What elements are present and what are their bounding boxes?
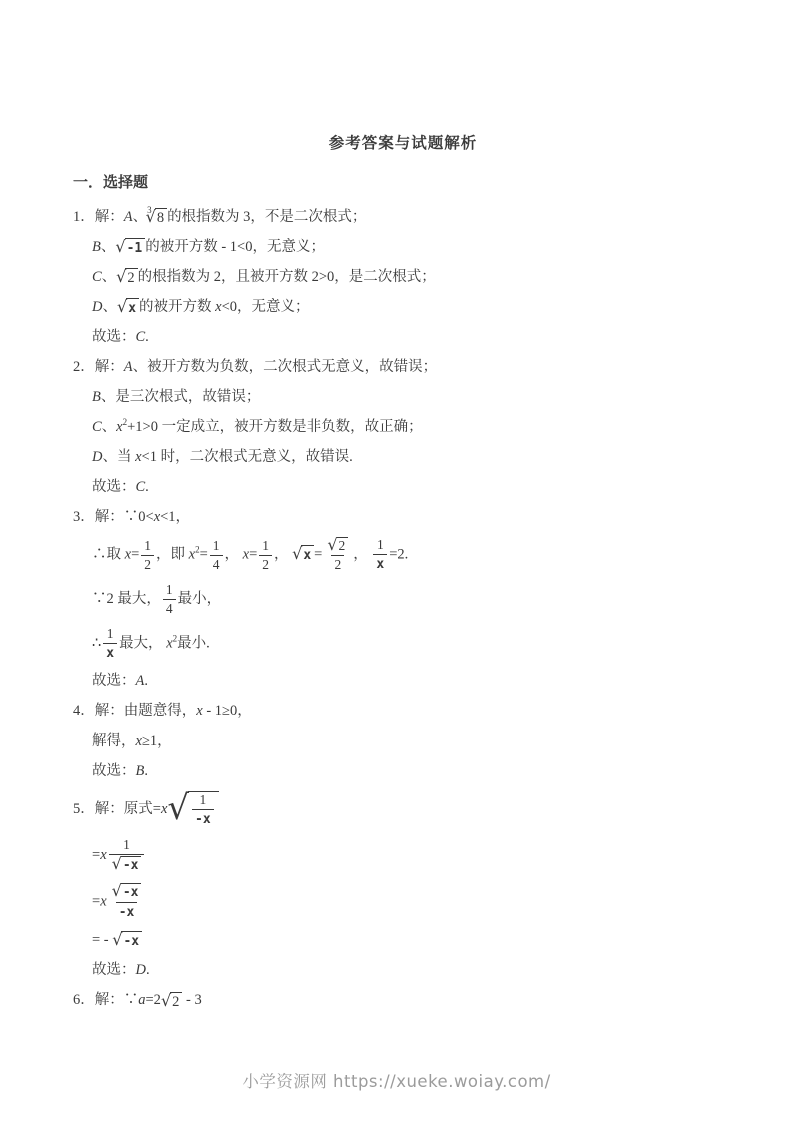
text-run: 3．解：∵0<: [73, 509, 154, 525]
text-run: - 1≥0，: [203, 703, 252, 719]
solution-line: 5．解：原式=x√1-x: [73, 791, 733, 828]
text-run: =2: [146, 992, 161, 1008]
solution-line: = - √-x: [73, 930, 733, 951]
text-run: 1: [123, 837, 130, 852]
text-run: 1．解：: [73, 209, 124, 225]
text-run: 、: [102, 299, 117, 315]
solution-line: 故选：C.: [73, 327, 733, 348]
radical: √1-x: [167, 791, 218, 828]
document-body: 参考答案与试题解析 一．选择题 1．解：A、3√8的根指数为 3，不是二次根式；…: [73, 131, 733, 1020]
text-run: 故选：: [92, 329, 136, 345]
text-run: 最小，: [178, 591, 222, 607]
math-variable: C: [136, 479, 146, 495]
text-run: =: [92, 847, 100, 863]
fraction: 1-x: [192, 792, 214, 828]
text-run: 、是三次根式，故错误；: [101, 389, 261, 405]
text-run: 1: [200, 792, 207, 807]
math-variable: D: [92, 299, 102, 315]
text-run: .: [145, 479, 149, 495]
solution-line: ∴取 x=12，即 x2=14， x=12， √x=√22， 1x=2.: [73, 537, 733, 573]
text-run: 2: [262, 557, 269, 572]
text-run: x: [106, 646, 114, 661]
math-variable: x: [100, 894, 106, 910]
radical: √2: [116, 268, 137, 287]
text-run: <1 时，二次根式无意义，故错误.: [142, 449, 353, 465]
math-variable: D: [92, 449, 102, 465]
radical: √-x: [112, 931, 142, 951]
page-title: 参考答案与试题解析: [73, 131, 733, 153]
solution-line: 故选：D.: [73, 960, 733, 981]
solution-line: 3．解：∵0<x<1，: [73, 507, 733, 528]
solution-line: 4．解：由题意得，x - 1≥0，: [73, 701, 733, 722]
text-run: 2．解：: [73, 359, 124, 375]
fraction: 1x: [373, 537, 387, 573]
solution-line: 故选：C.: [73, 477, 733, 498]
text-run: =: [249, 547, 257, 563]
text-run: ∴取: [92, 547, 125, 563]
text-run: 故选：: [92, 962, 136, 978]
text-run: 故选：: [92, 763, 136, 779]
solution-line: B、√-1的被开方数 - 1<0，无意义；: [73, 237, 733, 258]
solution-line: =x√-x-x: [73, 883, 733, 921]
text-run: 、被开方数为负数，二次根式无意义，故错误；: [133, 359, 438, 375]
text-run: 解得，: [92, 733, 136, 749]
fraction: √-x-x: [109, 883, 145, 921]
text-run: 5．解：原式=: [73, 801, 161, 817]
text-run: ，: [225, 547, 243, 563]
fraction: 1x: [103, 626, 117, 662]
text-run: ，: [274, 547, 292, 563]
text-run: 最大，: [119, 636, 166, 652]
solution-line: 解得，x≥1，: [73, 731, 733, 752]
solution-line: C、x2+1>0 一定成立，被开方数是非负数，故正确；: [73, 417, 733, 438]
text-run: 最小.: [177, 636, 210, 652]
text-run: -x: [195, 812, 211, 827]
solution-line: 故选：B.: [73, 761, 733, 782]
text-run: <1，: [160, 509, 190, 525]
text-run: 1: [213, 538, 220, 553]
text-run: 1: [144, 538, 151, 553]
fraction: 12: [141, 538, 154, 573]
radical: √-1: [115, 238, 145, 258]
math-variable: a: [138, 992, 145, 1008]
text-run: .: [144, 763, 148, 779]
text-run: .: [146, 962, 150, 978]
text-run: 2: [334, 557, 341, 572]
solution-line: D、√x的被开方数 x<0，无意义；: [73, 297, 733, 318]
solution-line: ∴1x最大， x2最小.: [73, 626, 733, 662]
math-variable: x: [100, 847, 106, 863]
text-run: ∴: [92, 636, 101, 652]
text-run: x: [303, 548, 311, 563]
text-run: 、: [101, 239, 116, 255]
text-run: -x: [123, 858, 139, 873]
text-run: 4: [166, 601, 173, 616]
text-run: <0，无意义；: [222, 299, 310, 315]
text-run: ，: [353, 547, 371, 563]
text-run: 8: [157, 210, 164, 226]
radical: √-x: [112, 856, 142, 874]
text-run: =2.: [389, 547, 408, 563]
text-run: 2: [127, 270, 134, 286]
text-run: ，即: [156, 547, 189, 563]
solution-line: 故选：A.: [73, 671, 733, 692]
text-run: 的被开方数 - 1<0，无意义；: [145, 239, 325, 255]
fraction: 1√-x: [109, 837, 145, 874]
text-run: 2: [339, 538, 346, 553]
fraction: 12: [259, 538, 272, 573]
text-run: 6．解：∵: [73, 992, 138, 1008]
text-run: 2: [172, 994, 179, 1010]
text-run: 1: [262, 538, 269, 553]
text-run: 2: [144, 557, 151, 572]
solution-line: =x1√-x: [73, 837, 733, 874]
text-run: 、: [102, 269, 117, 285]
footer-watermark: 小学资源网 https://xueke.woiay.com/: [0, 1068, 793, 1092]
section-heading: 一．选择题: [73, 171, 733, 192]
math-variable: B: [92, 389, 101, 405]
radical: 3√8: [147, 208, 167, 227]
fraction: √22: [324, 537, 351, 573]
text-run: x: [128, 301, 136, 316]
text-run: x: [376, 557, 384, 572]
radical: √-x: [112, 883, 142, 901]
text-run: 4: [213, 557, 220, 572]
text-run: 故选：: [92, 673, 136, 689]
radical: √x: [117, 298, 139, 318]
text-run: 的根指数为 3，不是二次根式；: [167, 209, 366, 225]
solution-line: ∵2 最大，14最小，: [73, 582, 733, 617]
math-variable: D: [136, 962, 146, 978]
solution-line: D、当 x<1 时，二次根式无意义，故错误.: [73, 447, 733, 468]
math-variable: A: [124, 209, 133, 225]
text-run: .: [144, 673, 148, 689]
radical-sign-icon: √: [167, 790, 189, 826]
fraction: 14: [163, 582, 176, 617]
radical: √2: [327, 537, 348, 554]
text-run: =: [314, 547, 322, 563]
radical: √x: [292, 545, 314, 565]
math-variable: B: [92, 239, 101, 255]
math-variable: C: [136, 329, 146, 345]
text-run: +1>0 一定成立，被开方数是非负数，故正确；: [127, 419, 422, 435]
math-variable: A: [124, 359, 133, 375]
text-run: 1: [377, 537, 384, 552]
radical: √2: [161, 992, 182, 1011]
text-run: - 3: [182, 992, 201, 1008]
solution-line: 6．解：∵a=2√2 - 3: [73, 990, 733, 1011]
math-variable: C: [92, 269, 102, 285]
text-run: -x: [119, 905, 135, 920]
solution-line: C、√2的根指数为 2，且被开方数 2>0，是二次根式；: [73, 267, 733, 288]
text-run: 1: [166, 582, 173, 597]
text-run: 的根指数为 2，且被开方数 2>0，是二次根式；: [138, 269, 436, 285]
solution-line: 1．解：A、3√8的根指数为 3，不是二次根式；: [73, 207, 733, 228]
text-run: = -: [92, 932, 112, 948]
text-run: =: [131, 547, 139, 563]
document-page: 参考答案与试题解析 一．选择题 1．解：A、3√8的根指数为 3，不是二次根式；…: [0, 0, 793, 1122]
text-run: 、: [102, 419, 117, 435]
solution-line: 2．解：A、被开方数为负数，二次根式无意义，故错误；: [73, 357, 733, 378]
text-run: 的被开方数: [139, 299, 215, 315]
solution-line: B、是三次根式，故错误；: [73, 387, 733, 408]
text-run: ≥1，: [142, 733, 172, 749]
text-run: -x: [123, 934, 139, 949]
text-run: =: [92, 894, 100, 910]
text-run: 、当: [102, 449, 135, 465]
fraction: 14: [210, 538, 223, 573]
text-run: .: [145, 329, 149, 345]
text-run: 4．解：由题意得，: [73, 703, 196, 719]
text-run: ∵2 最大，: [92, 591, 161, 607]
text-run: =: [200, 547, 208, 563]
text-run: -x: [123, 885, 139, 900]
text-run: 1: [107, 626, 114, 641]
text-run: 故选：: [92, 479, 136, 495]
text-run: -1: [127, 241, 143, 256]
math-variable: C: [92, 419, 102, 435]
solution-lines: 1．解：A、3√8的根指数为 3，不是二次根式；B、√-1的被开方数 - 1<0…: [73, 207, 733, 1011]
